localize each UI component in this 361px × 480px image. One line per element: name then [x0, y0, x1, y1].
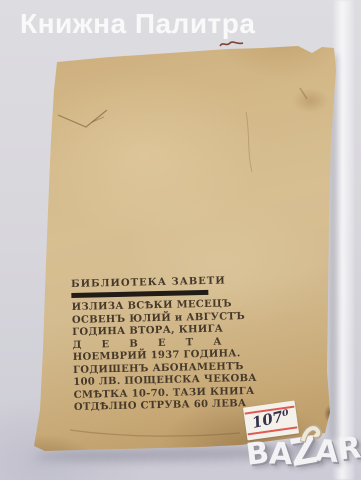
bazar-letter: R: [337, 433, 361, 465]
book-back-cover: БИБЛИОТЕКА ЗАВЕТИ ИЗЛИЗА ВСѢКИ МЕСЕЦЪ ОС…: [0, 0, 361, 480]
marketplace-watermark: BAZAR: [245, 429, 361, 470]
bazar-ribbon-icon: [299, 422, 326, 443]
pencil-mark: [219, 40, 245, 50]
series-underline-bar: [71, 289, 208, 298]
product-photo: БИБЛИОТЕКА ЗАВЕТИ ИЗЛИЗА ВСѢКИ МЕСЕЦЪ ОС…: [0, 0, 361, 480]
series-title: БИБЛИОТЕКА ЗАВЕТИ: [71, 276, 208, 290]
store-watermark: Книжна Палитра: [20, 8, 255, 40]
colophon-block: БИБЛИОТЕКА ЗАВЕТИ ИЗЛИЗА ВСѢКИ МЕСЕЦЪ ОС…: [71, 276, 224, 415]
bazar-letter: B: [244, 438, 270, 471]
